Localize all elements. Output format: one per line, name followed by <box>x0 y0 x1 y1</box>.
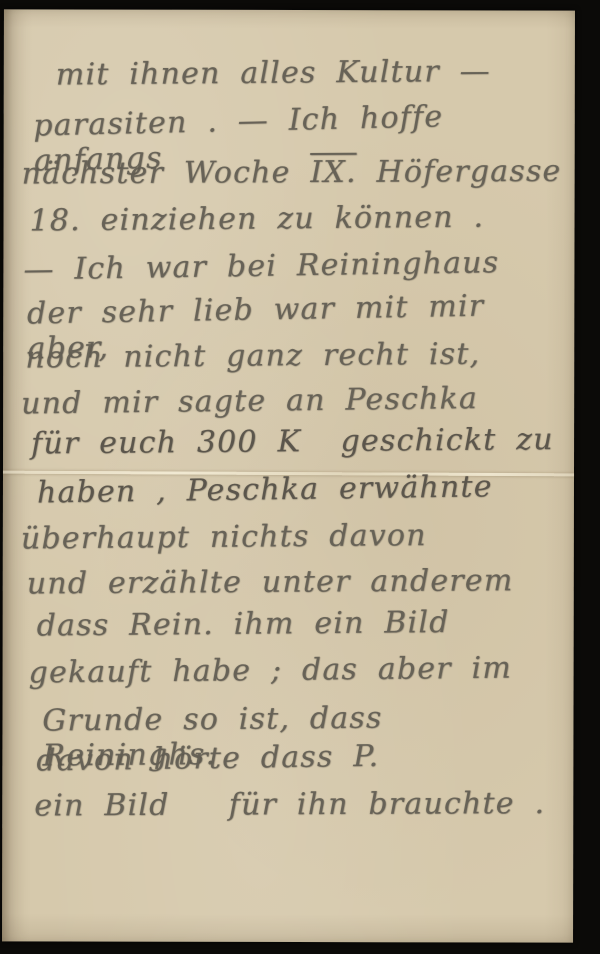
handwritten-line: — Ich war bei Reininghaus <box>23 245 499 287</box>
handwritten-line: überhaupt nichts davon <box>21 518 427 556</box>
handwritten-line: 18. einziehen zu können . <box>29 200 484 239</box>
handwritten-line: mit ihnen alles Kultur — <box>56 54 491 93</box>
handwritten-line: dass Rein. ihm ein Bild <box>37 605 450 643</box>
handwritten-line: noch nicht ganz recht ist, <box>25 337 480 376</box>
handwritten-line: ein Bild für ihn brauchte . <box>34 786 545 823</box>
handwritten-line: und erzählte unter anderem <box>27 563 514 601</box>
letter-page: mit ihnen alles Kultur — parasiten . — I… <box>2 9 575 942</box>
roman-numeral-district: IX. <box>310 155 357 190</box>
handwritten-line: haben , Peschka erwähnte <box>37 469 493 510</box>
handwritten-text: Höfergasse <box>357 154 562 190</box>
handwritten-text: nächster Woche <box>22 155 311 191</box>
handwritten-line: für euch 300 K geschickt zu <box>31 422 554 461</box>
handwritten-line: davon hörte dass P. <box>36 739 379 779</box>
handwritten-line: nächster Woche IX. Höfergasse <box>22 154 562 192</box>
handwritten-line: und mir sagte an Peschka <box>21 381 478 421</box>
scan-background: mit ihnen alles Kultur — parasiten . — I… <box>0 0 600 954</box>
handwritten-line: gekauft habe ; das aber im <box>28 651 512 691</box>
